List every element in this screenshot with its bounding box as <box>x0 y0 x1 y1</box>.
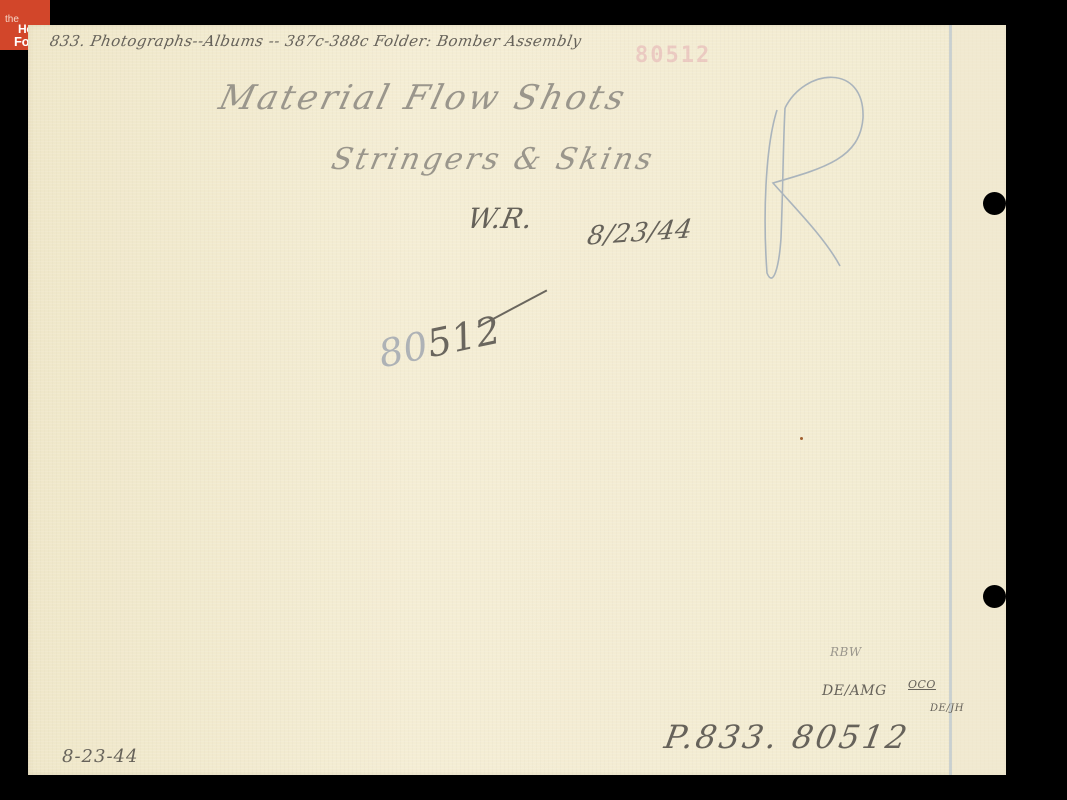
paper-speck <box>800 437 803 440</box>
note-de-amg: DE/AMG <box>822 683 887 699</box>
stamp-number: 80512 <box>635 43 711 68</box>
title-line-1: Material Flow Shots <box>215 78 632 118</box>
header-note: 833. Photographs--Albums -- 387c-388c Fo… <box>48 32 583 50</box>
catalog-number: P.833. 80512 <box>662 718 913 756</box>
large-r-mark <box>755 68 875 288</box>
margin-rule-line <box>949 25 952 775</box>
binding-margin <box>952 25 1006 775</box>
note-de-jh: DE/JH <box>930 703 964 714</box>
note-oco: OCO <box>908 678 936 691</box>
note-rbw: RBW <box>830 645 862 659</box>
title-line-2: Stringers & Skins <box>328 142 658 177</box>
punch-hole-bottom <box>983 585 1006 608</box>
logo-the: the <box>5 15 19 25</box>
punch-hole-top <box>983 192 1006 215</box>
bottom-date: 8-23-44 <box>62 746 138 767</box>
photographer-initials: W.R. <box>464 202 536 235</box>
